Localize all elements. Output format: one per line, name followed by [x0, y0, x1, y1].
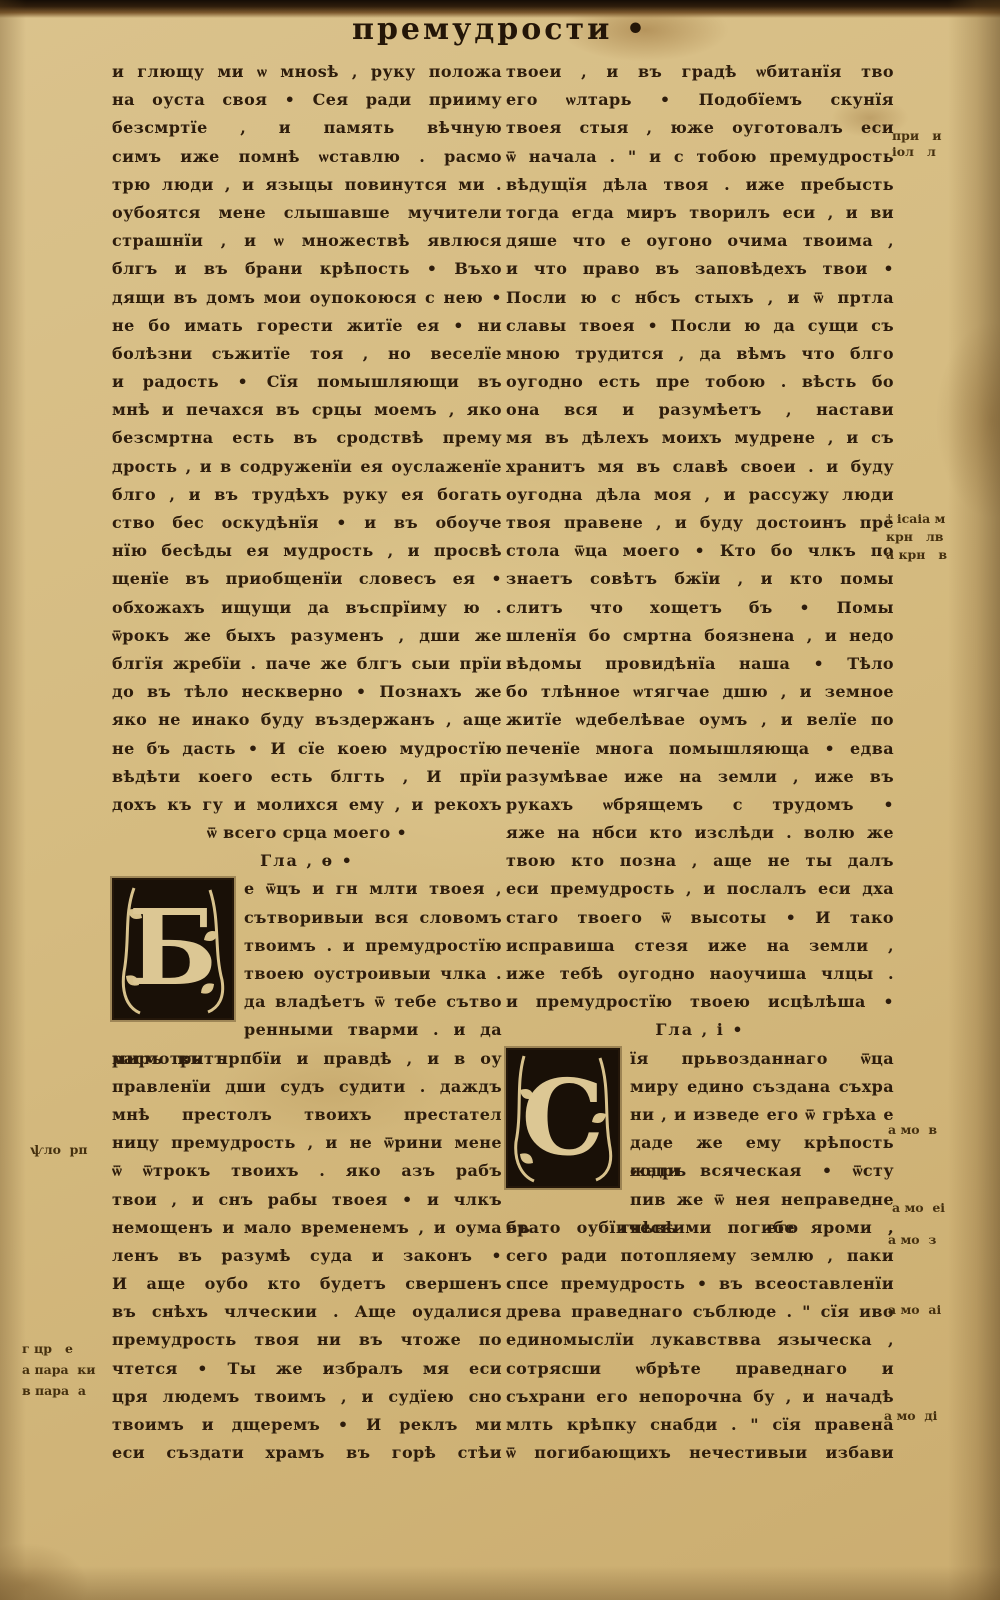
text-line: не бъ дасть • И сїе коею мудростїю [112, 735, 502, 763]
text-line: а крн в [886, 546, 947, 564]
right-text-column: твоеи , и въ градѣ ѡбитанїя твоего ѡлтар… [506, 58, 894, 1467]
margin-note-reference: а мо з [888, 1232, 936, 1247]
text-line: ѿрокъ же быхъ разуменъ , дши же [112, 622, 502, 650]
text-line: И аще оубо кто будетъ свершенъ [112, 1270, 502, 1298]
text-line: блгїя жребїи . паче же блгъ сыи прїи [112, 650, 502, 678]
text-line: ство бес оскудѣнїя • и въ обоуче [112, 509, 502, 537]
text-line: ленъ въ разумѣ суда и законъ • [112, 1242, 502, 1270]
text-line: немощенъ и мало временемъ , и оума [112, 1214, 502, 1242]
text-line: Посли ю с нбсъ стыхъ , и ѿ пртла [506, 284, 894, 312]
margin-note-reference: † ісаіа мкрн лва крн в [886, 510, 947, 564]
text-line: оугодно есть пре тобою . вѣсть бо [506, 368, 894, 396]
woodcut-initial-letter: С [506, 1048, 620, 1188]
text-line: въ снѣхъ члческии . Аще оудалися [112, 1298, 502, 1326]
text-line: мя въ дѣлехъ моихъ мудрене , и съ [506, 424, 894, 452]
text-line: дохъ къ гу и молихся ему , и рекохъ [112, 791, 502, 819]
chapter-9-body-text: ренными тварми . и да расмотритъмиръ въ … [112, 1016, 502, 1467]
text-line: млть крѣпку снабди . " сїя правена [506, 1411, 894, 1439]
text-line: не бо имать горести житїе ея • ни [112, 312, 502, 340]
text-line: ѿ погибающихъ нечестивыи избави [506, 1439, 894, 1467]
text-line: вѣдущїя дѣла твоя . иже пребысть [506, 171, 894, 199]
text-line: вѣдѣти коего есть блгть , И прїи [112, 763, 502, 791]
text-line: блгъ и въ брани крѣпость • Въхо [112, 255, 502, 283]
chapter-9-heading: Гла , ѳ • [112, 847, 502, 875]
text-line: г цр е [22, 1338, 96, 1359]
text-line: цря людемъ твоимъ , и судїею сно [112, 1383, 502, 1411]
chapter-8-closing-line: ѿ всего срца моего • [112, 819, 502, 847]
margin-note-reference: а мо ді [884, 1408, 937, 1423]
text-line: твоеи , и въ градѣ ѡбитанїя тво [506, 58, 894, 86]
text-line: еси създати храмъ въ горѣ стѣи [112, 1439, 502, 1467]
text-line: еси премудрость , и послалъ еси дха [506, 875, 894, 903]
text-line: древа праведнаго съблюде . " сїя иво [506, 1298, 894, 1326]
text-line: обхожахъ ищущи да въспрїиму ю . [112, 594, 502, 622]
text-line: славы твоея • Посли ю да сущи съ [506, 312, 894, 340]
text-line: оугодна дѣла моя , и рассужу люди [506, 481, 894, 509]
text-line: стола ѿца моего • Кто бо члкъ по [506, 537, 894, 565]
page-bottom-edge [0, 1566, 1000, 1600]
woodcut-initial-letter: Б [112, 878, 234, 1020]
text-line: шленїя бо смртна боязнена , и недо [506, 622, 894, 650]
text-line: оубоятся мене слышавше мучители [112, 199, 502, 227]
text-line: твоимъ и дщеремъ • И реклъ ми [112, 1411, 502, 1439]
text-line: трю люди , и языцы повинутся ми . [112, 171, 502, 199]
text-line: сотрясши ѡбрѣте праведнаго и [506, 1355, 894, 1383]
margin-note-reference: при иіол л [892, 128, 942, 160]
initial-letter-glyph: С [508, 1054, 618, 1190]
text-line: рукахъ ѡбрящемъ с трудомъ • [506, 791, 894, 819]
text-line: нїю бесѣды ея мудрость , и просвѣ [112, 537, 502, 565]
text-line: стаго твоего ѿ высоты • И тако [506, 904, 894, 932]
text-line: брато оубїическими погибе яроми . [506, 1214, 894, 1242]
book-page-scan: премудрости • и глющу ми ѡ мноѕѣ , руку … [0, 0, 1000, 1600]
text-line: чтется • Ты же избралъ мя еси [112, 1355, 502, 1383]
text-line: ѿ начала . " и с тобою премудрость [506, 143, 894, 171]
text-line: миръ въ прпбїи и правдѣ , и в оу [112, 1045, 502, 1073]
chapter-9-text-continued: твоеи , и въ градѣ ѡбитанїя твоего ѡлтар… [506, 58, 894, 1016]
text-line: съхрани его непорочна бу , и начадѣ [506, 1383, 894, 1411]
text-line: симъ иже помнѣ ѡставлю . расмо [112, 143, 502, 171]
text-line: безсмртна есть въ сродствѣ прему [112, 424, 502, 452]
text-line: блго , и въ трудѣхъ руку ея богать [112, 481, 502, 509]
initial-letter-glyph: Б [114, 884, 232, 1022]
text-line: ницу премудрость , и не ѿрини мене [112, 1129, 502, 1157]
text-line: житїе ѡдебелѣвае оумъ , и велїе по [506, 706, 894, 734]
text-line: спсе премудрость • въ всеоставленїи [506, 1270, 894, 1298]
text-line: безсмртїе , и память вѣчную [112, 114, 502, 142]
text-line: бо тлѣнное ѡтягчае дшю , и земное [506, 678, 894, 706]
text-line: дящи въ домъ мои оупокоюся с нею • [112, 284, 502, 312]
text-line: исправиша стезя иже на земли , [506, 932, 894, 960]
margin-note-reference: а мо еі [892, 1200, 945, 1215]
page-right-edge [948, 0, 1000, 1600]
text-line: знаетъ совѣтъ бжїи , и кто помы [506, 565, 894, 593]
text-line: сего ради потопляему землю , паки [506, 1242, 894, 1270]
text-line: твоя правене , и буду достоинъ пре [506, 509, 894, 537]
text-line: и премудростїю твоею исцѣлѣша • [506, 988, 894, 1016]
text-line: страшнїи , и ѡ множествѣ явлюся [112, 227, 502, 255]
margin-note-reference: г цр еа пара кив пара а [22, 1338, 96, 1401]
text-line: правленїи дши судъ судити . даждъ [112, 1073, 502, 1101]
text-line: † ісаіа м [886, 510, 947, 528]
text-line: тогда егда миръ творилъ еси , и ви [506, 199, 894, 227]
text-line: иже тебѣ оугодно наоучиша члцы . [506, 960, 894, 988]
text-line: хранитъ мя въ славѣ своеи . и буду [506, 453, 894, 481]
text-line: разумѣвае иже на земли , иже въ [506, 763, 894, 791]
chapter-10-body-text: пив же ѿ нея неправедне въ гнѣвѣ его ,бр… [506, 1186, 894, 1468]
chapter-8-text: и глющу ми ѡ мноѕѣ , руку положана оуста… [112, 58, 502, 819]
chapter-9-opening: Б е ѿцъ и гн млти твоея ,сътворивыи вся … [112, 875, 502, 1467]
text-line: дяше что е оугоно очима твоима , [506, 227, 894, 255]
text-line: іол л [892, 144, 942, 160]
text-line: и глющу ми ѡ мноѕѣ , руку положа [112, 58, 502, 86]
running-head: премудрости • [0, 12, 1000, 47]
text-line: до въ тѣло нескверно • Познахъ же [112, 678, 502, 706]
text-line: яже на нбси кто изслѣди . волю же [506, 819, 894, 847]
text-line: в пара а [22, 1380, 96, 1401]
text-line: и что право въ заповѣдехъ твои • [506, 255, 894, 283]
text-line: твою кто позна , аще не ты далъ [506, 847, 894, 875]
chapter-10-heading: Гла , і • [506, 1016, 894, 1044]
text-line: печенїе многа помышляюща • едва [506, 735, 894, 763]
text-line: она вся и разумѣетъ , настави [506, 396, 894, 424]
text-line: пив же ѿ нея неправедне въ гнѣвѣ его , [506, 1186, 894, 1214]
text-line: слитъ что хощетъ бъ • Помы [506, 594, 894, 622]
text-line: мною трудится , да вѣмъ что блго [506, 340, 894, 368]
text-line: крн лв [886, 528, 947, 546]
text-line: при и [892, 128, 942, 144]
margin-note-reference: а мо в [888, 1122, 937, 1137]
text-line: вѣдомы провидѣнїа наша • Тѣло [506, 650, 894, 678]
text-line: его ѡлтарь • Подобїемъ скунїя [506, 86, 894, 114]
text-line: ѿ ѿтрокъ твоихъ . яко азъ рабъ [112, 1157, 502, 1185]
text-line: единомыслїи лукавствва языческа , [506, 1326, 894, 1354]
text-line: и радость • Сїя помышляющи въ [112, 368, 502, 396]
chapter-10-opening: С їя прьвозданнаго ѿцамиру едино създана… [506, 1045, 894, 1468]
margin-note-reference: а мо аі [888, 1302, 941, 1317]
text-line: твоея стыя , юже оуготовалъ еси [506, 114, 894, 142]
text-line: мнѣ престолъ твоихъ престател [112, 1101, 502, 1129]
text-line: премудрость твоя ни въ чтоже по [112, 1326, 502, 1354]
text-line: твои , и снъ рабы твоея • и члкъ [112, 1186, 502, 1214]
margin-note-reference: ѱло рп [30, 1142, 88, 1158]
text-line: дрость , и в содруженїи ея оуслаженїе [112, 453, 502, 481]
text-line: а пара ки [22, 1359, 96, 1380]
text-line: на оуста своя • Сея ради прииму [112, 86, 502, 114]
left-text-column: и глющу ми ѡ мноѕѣ , руку положана оуста… [112, 58, 502, 1467]
text-line: яко не инако буду въздержанъ , аще [112, 706, 502, 734]
text-line: болѣзни съжитїе тоя , но веселїе [112, 340, 502, 368]
text-line: щенїе въ приобщенїи словесъ ея • [112, 565, 502, 593]
text-line: мнѣ и печахся въ срцы моемъ , яко [112, 396, 502, 424]
